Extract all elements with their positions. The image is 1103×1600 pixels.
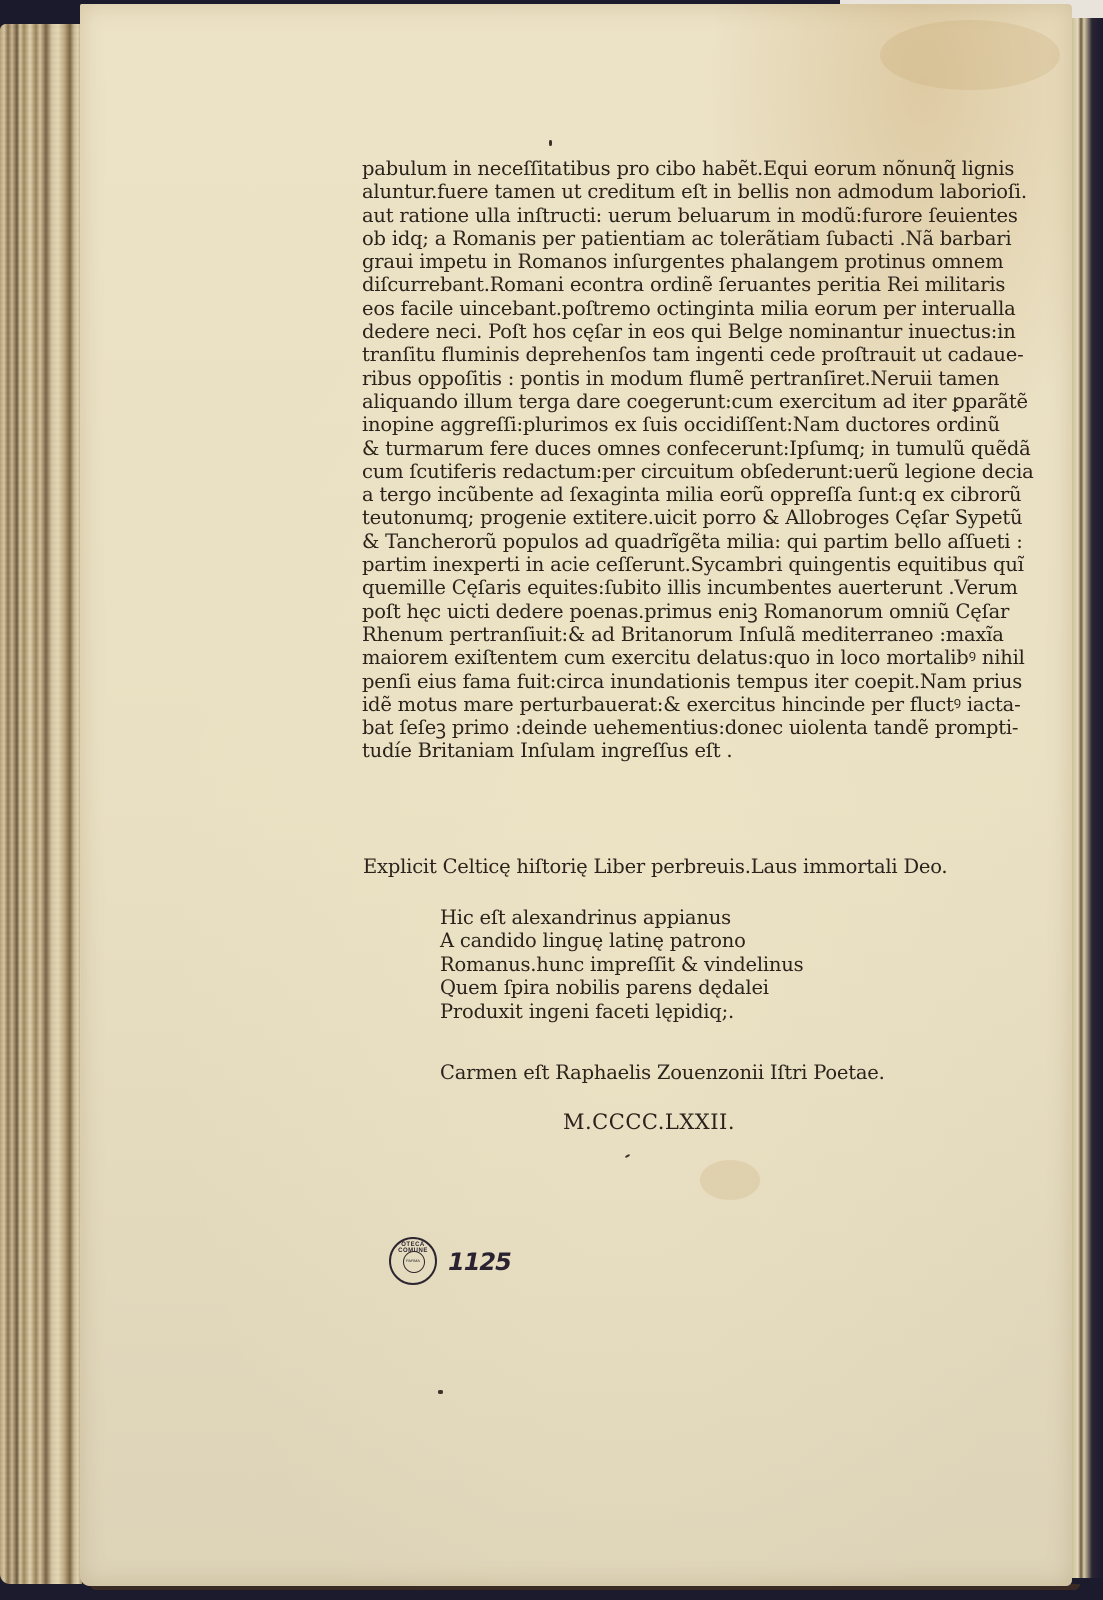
verse-line: Romanus.hunc impreſſit & vindelinus — [440, 953, 803, 976]
colophon-verse: Hic eſt alexandrinus appianus A candido … — [440, 906, 803, 1023]
text-line: eos facile uincebant.poſtremo octinginta… — [362, 297, 982, 320]
text-line: cum ſcutiferis redactum:per circuitum ob… — [362, 460, 982, 483]
right-page-edge — [1072, 18, 1103, 1578]
verse-line: Hic eſt alexandrinus appianus — [440, 906, 803, 929]
text-line: penſi eius fama fuit:circa inundationis … — [362, 670, 982, 693]
main-text-block: pabulum in neceſſitatibus pro cibo habẽt… — [362, 157, 982, 763]
text-line: maiorem exiſtentem cum exercitu delatus:… — [362, 646, 982, 669]
text-line: poſt hęc uicti dedere poenas.primus eniꝫ… — [362, 600, 982, 623]
text-line: partim inexperti in acie ceſſerunt.Sycam… — [362, 553, 982, 576]
explicit-line: Explicit Celticę hiſtorię Liber perbreui… — [363, 855, 947, 878]
verse-line: Produxit ingeni faceti lępidiq;. — [440, 1000, 803, 1023]
text-line: & turmarum fere duces omnes confecerunt:… — [362, 437, 982, 460]
shelf-number: 1125 — [448, 1248, 511, 1276]
text-line: diſcurrebant.Romani econtra ordinẽ ſerua… — [362, 273, 982, 296]
foxing-stain — [700, 1160, 760, 1200]
text-line: aluntur.fuere tamen ut creditum eſt in b… — [362, 180, 982, 203]
colophon-date: M.CCCC.LXXII. — [563, 1110, 735, 1134]
text-line: aliquando illum terga dare coegerunt:cum… — [362, 390, 982, 413]
verse-line: Quem ſpira nobilis parens dędalei — [440, 976, 803, 999]
book-page-stack — [0, 24, 82, 1584]
text-line: bat ſeſeꝫ primo :deinde uehementius:done… — [362, 716, 982, 739]
library-stamp-icon: OTECA COMUNE PARMA — [389, 1237, 437, 1285]
text-line: inopine aggreſſi:plurimos ex ſuis occidi… — [362, 413, 982, 436]
stamp-center-text: PARMA — [391, 1258, 435, 1263]
text-line: aut ratione ulla inſtructi: uerum beluar… — [362, 204, 982, 227]
ink-speck — [549, 140, 552, 146]
text-line: graui impetu in Romanos inſurgentes phal… — [362, 250, 982, 273]
text-line: & Tancherorũ populos ad quadrĩgẽta milia… — [362, 530, 982, 553]
text-line: dedere neci. Poſt hos cęſar in eos qui B… — [362, 320, 982, 343]
text-line: tudíe Britaniam Inſulam ingreſſus eſt . — [362, 739, 982, 762]
text-line: Rhenum pertranſiuit:& ad Britanorum Inſu… — [362, 623, 982, 646]
text-line: pabulum in neceſſitatibus pro cibo habẽt… — [362, 157, 982, 180]
ink-speck — [438, 1390, 443, 1394]
text-line: tranſitu fluminis deprehenſos tam ingent… — [362, 343, 982, 366]
text-line: ob idq; a Romanis per patientiam ac tole… — [362, 227, 982, 250]
carmen-attribution: Carmen eſt Raphaelis Zouenzonii Iſtri Po… — [440, 1061, 885, 1084]
text-line: ribus oppoſitis : pontis in modum flumẽ … — [362, 367, 982, 390]
text-line: a tergo incũbente ad ſexaginta milia eor… — [362, 483, 982, 506]
text-line: quemille Cęſaris equites:ſubito illis in… — [362, 576, 982, 599]
water-stain — [880, 20, 1060, 90]
text-line: teutonumq; progenie extitere.uicit porro… — [362, 506, 982, 529]
verse-line: A candido linguę latinę patrono — [440, 929, 803, 952]
text-line: idẽ motus mare perturbauerat:& exercitus… — [362, 693, 982, 716]
